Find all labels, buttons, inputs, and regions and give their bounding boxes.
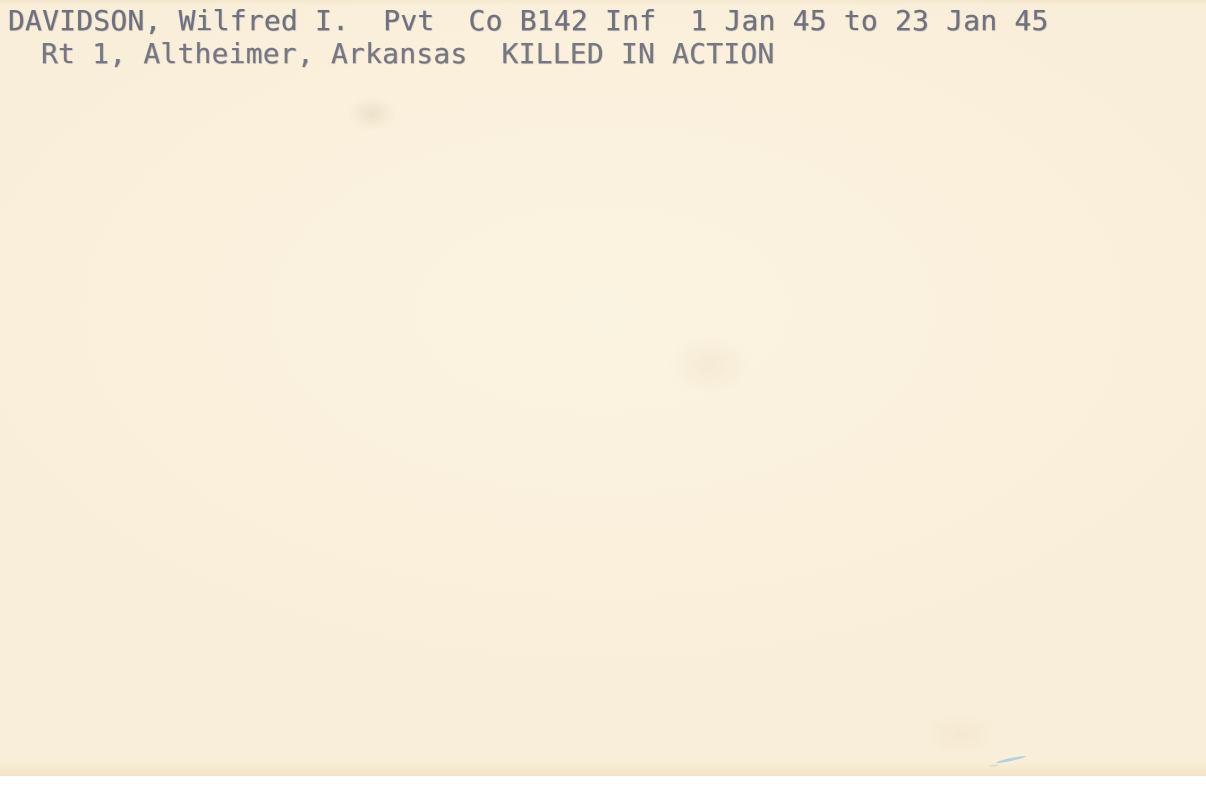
index-card: DAVIDSON, Wilfred I. Pvt Co B142 Inf 1 J…: [0, 0, 1206, 776]
pencil-mark: [996, 755, 1026, 764]
scanner-background: DAVIDSON, Wilfred I. Pvt Co B142 Inf 1 J…: [0, 0, 1206, 788]
scanner-edge-strip: [0, 776, 1206, 788]
card-text-line-2: Rt 1, Altheimer, Arkansas KILLED IN ACTI…: [41, 37, 1049, 70]
card-text-line-1: DAVIDSON, Wilfred I. Pvt Co B142 Inf 1 J…: [8, 4, 1049, 37]
typed-text-block: DAVIDSON, Wilfred I. Pvt Co B142 Inf 1 J…: [8, 4, 1049, 70]
